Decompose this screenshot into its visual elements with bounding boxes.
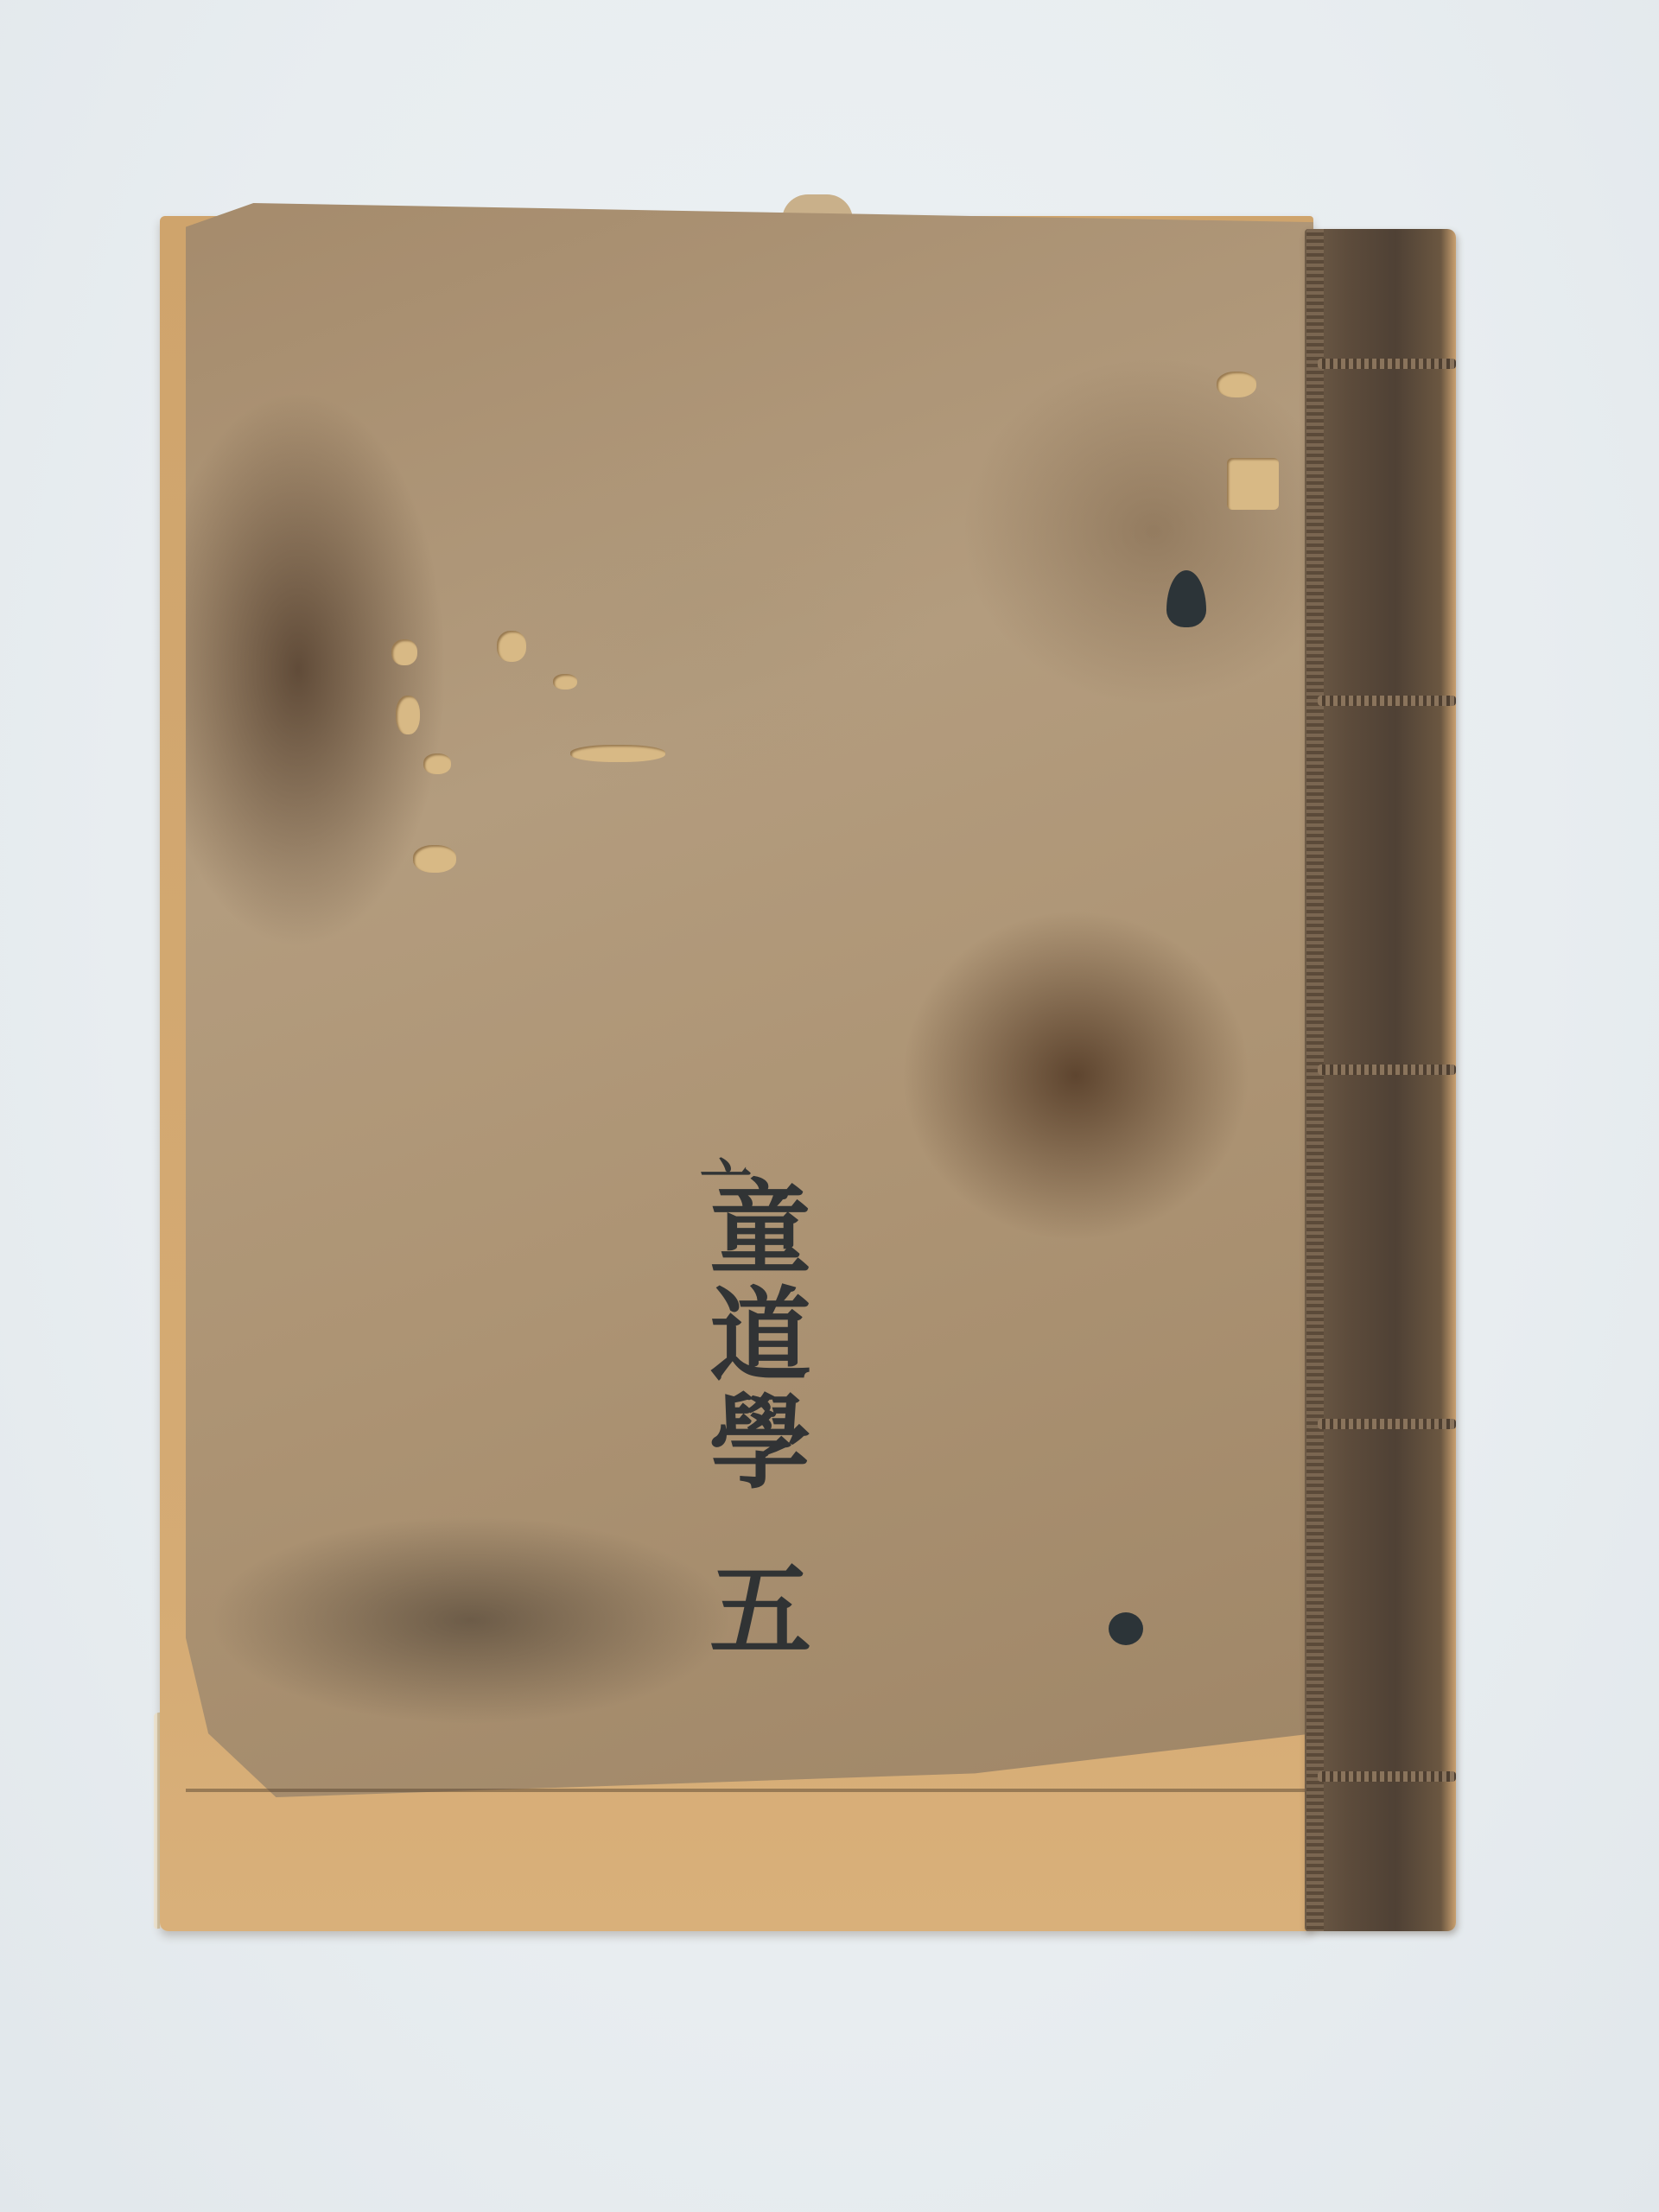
ink-dot [1109, 1612, 1143, 1645]
volume-label: 五 [709, 1557, 811, 1664]
spine-stitch [1318, 1771, 1456, 1782]
wormhole [553, 674, 577, 690]
spine-stitch [1318, 1065, 1456, 1075]
wormhole [1227, 458, 1279, 510]
spine-stitch [1318, 359, 1456, 369]
title-char-2: 道 [709, 1282, 811, 1389]
book-spine [1305, 229, 1456, 1931]
wormhole [396, 696, 420, 734]
wormhole [1217, 372, 1256, 397]
cover-worn-edge [186, 1789, 1309, 1792]
title-char-1: 童 [709, 1175, 811, 1282]
wormhole [413, 845, 456, 873]
book: (faded, illegible) 亠 童 道 學 五 [0, 0, 1659, 2212]
cover-title: 亠 童 道 學 五 [691, 1158, 829, 1664]
left-faded-text: (faded, illegible) [225, 536, 302, 1039]
binding-cord [1306, 229, 1324, 1931]
spine-stitch [1318, 1419, 1456, 1429]
title-char-3: 學 [709, 1389, 811, 1497]
wormhole [391, 639, 417, 665]
wormhole [497, 631, 526, 662]
wormhole [570, 745, 665, 762]
spine-stitch [1318, 696, 1456, 706]
wormhole [423, 753, 451, 774]
